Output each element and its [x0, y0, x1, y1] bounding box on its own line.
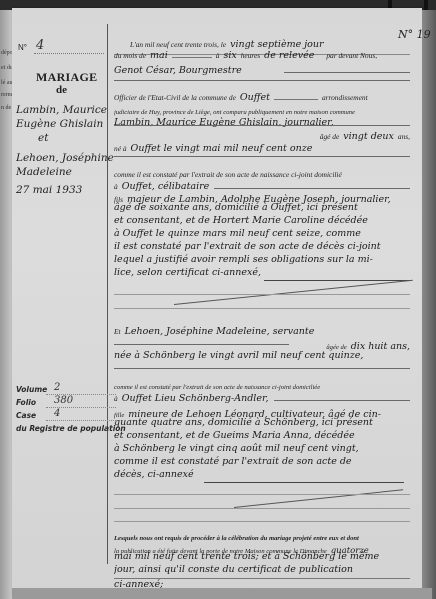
line-bride-birth: née à Schönberg le vingt avril mil neuf … — [114, 350, 410, 361]
groom-name-line-1: Lambin, Maurice — [16, 103, 108, 117]
act-number-label: N° — [18, 43, 27, 52]
line-groom-birth: né à Ouffet le vingt mai mil neuf cent o… — [114, 138, 410, 156]
document-title-sub: de — [56, 84, 67, 96]
folio-label: Folio — [16, 398, 36, 407]
register-volume: Volume 2 — [16, 385, 47, 394]
scan-bottom-edge — [12, 588, 432, 599]
margin-names: Lambin, Maurice Eugène Ghislain et Lehoe… — [16, 103, 108, 197]
register-folio: Folio 380 — [16, 398, 36, 407]
act-number-line — [34, 52, 104, 54]
line-groom-parents-4: à Ouffet le quinze mars mil neuf cent se… — [114, 228, 410, 239]
line-officer-name: Genot César, Bourgmestre — [114, 60, 410, 78]
line-publication-2: mai mil neuf cent trente trois; et à Sch… — [114, 551, 410, 562]
case-value: 4 — [54, 408, 60, 419]
document-title: MARIAGE — [36, 70, 97, 85]
line-bride-parents-6: décès, ci-annexé — [114, 469, 410, 480]
conjunction: et — [16, 131, 108, 145]
line-publication-3: jour, ainsi qu'il conste du certificat d… — [114, 564, 410, 575]
volume-value: 2 — [54, 382, 60, 393]
binding-edge — [422, 10, 436, 599]
line-bride-parents-2: quante quatre ans, domicilié à Schönberg… — [114, 417, 410, 428]
bride-name-line-2: Madeleine — [16, 165, 108, 179]
bride-name-line-1: Lehoen, Joséphine — [16, 151, 108, 165]
line-groom-parents-5: il est constaté par l'extrait de son act… — [114, 241, 410, 252]
register-case: Case 4 — [16, 411, 36, 420]
line-groom-parents-2: âgé de soixante ans, domicilié à Ouffet,… — [114, 202, 410, 213]
line-groom-parents-3: et consentant, et de Hortert Marie Carol… — [114, 215, 410, 226]
volume-label: Volume — [16, 385, 47, 394]
groom-name-line-2: Eugène Ghislain — [16, 117, 108, 131]
act-number-value: 4 — [36, 38, 44, 53]
marriage-date: 27 mai 1933 — [16, 183, 108, 197]
register-footer: du Registre de population — [16, 424, 126, 433]
line-bride-parents-5: comme il est constaté par l'extrait de s… — [114, 456, 410, 467]
line-bride-parents-3: et consentant, et de Gueims Maria Anna, … — [114, 430, 410, 441]
case-label: Case — [16, 411, 36, 420]
line-groom-militia: lequel a justifié avoir rempli ses oblig… — [114, 254, 410, 265]
line-groom-militia-2: lice, selon certificat ci-annexé, — [114, 267, 410, 278]
line-bride-parents-4: à Schönberg le vingt cinq août mil neuf … — [114, 443, 410, 454]
folio-value: 380 — [54, 395, 73, 406]
